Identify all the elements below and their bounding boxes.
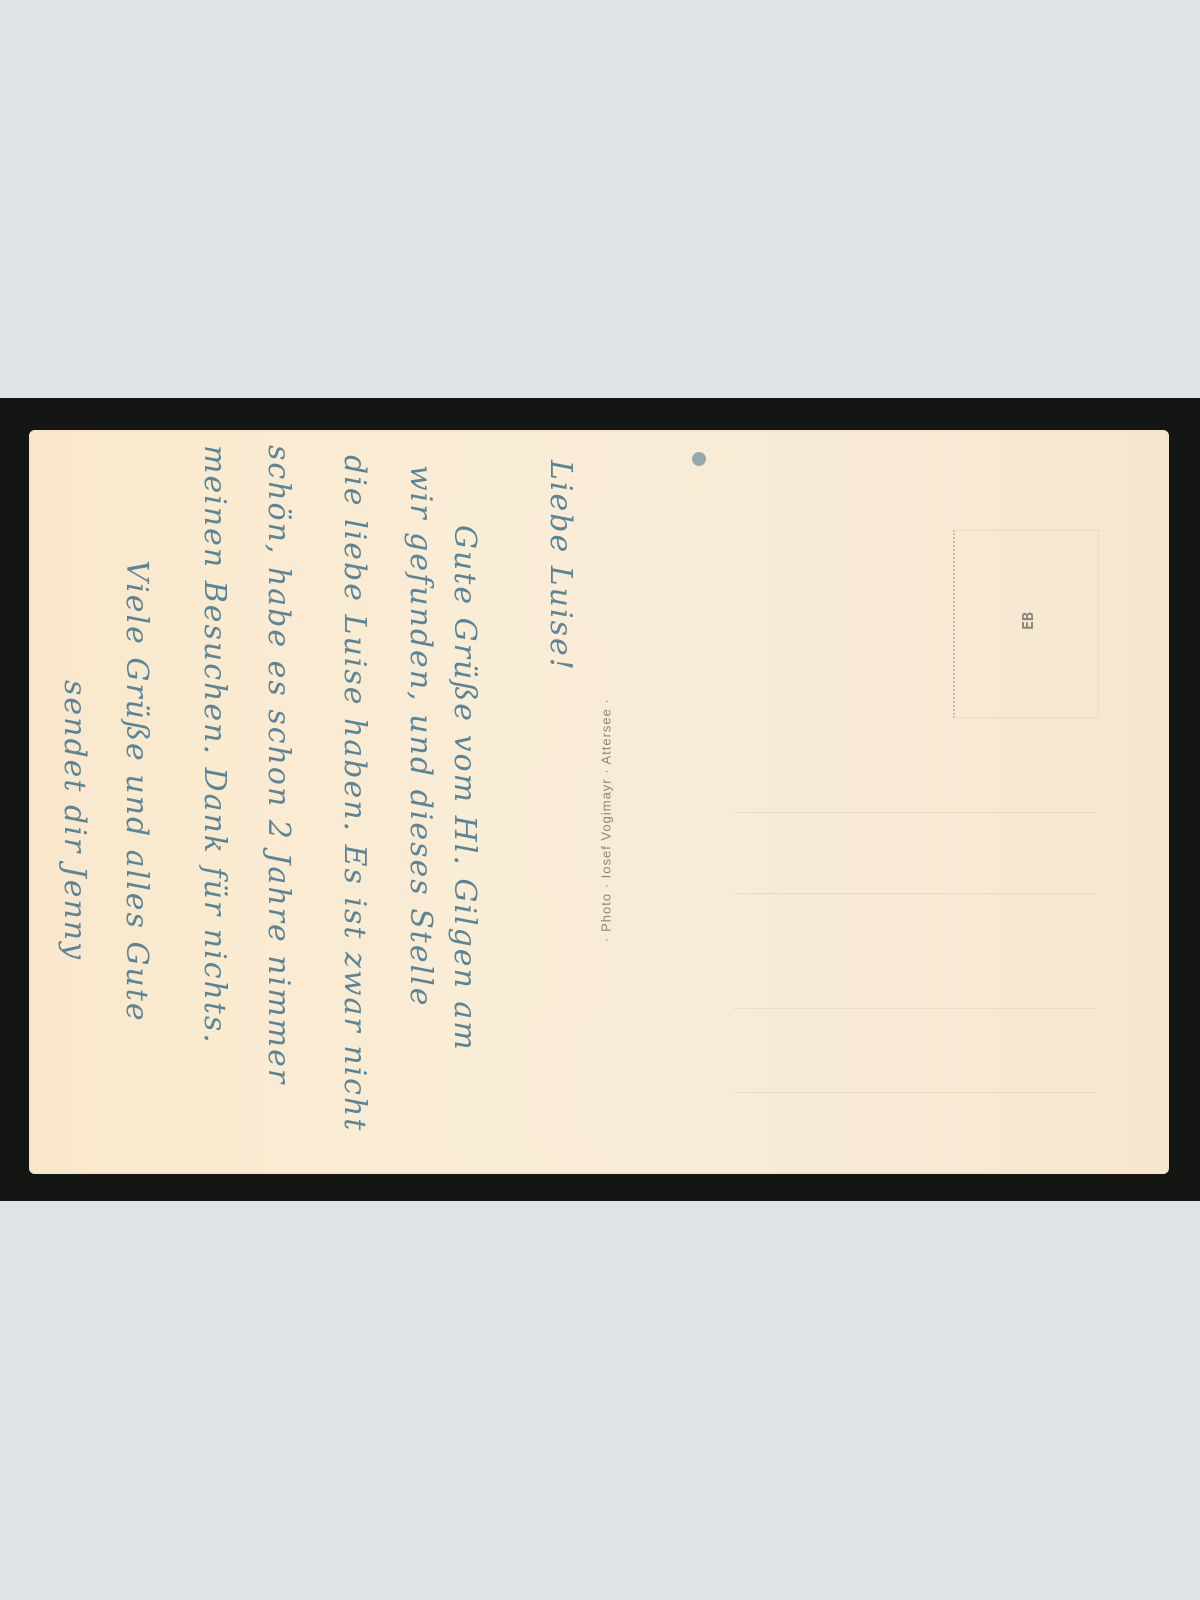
closing-line: Viele Grüße und alles Gute [119, 560, 154, 1023]
address-line [735, 1092, 1095, 1093]
photo-credit-text: · Photo · Iosef Vogimayr · Attersee · [599, 698, 614, 942]
address-line [735, 1008, 1095, 1009]
photo-credit: · Photo · Iosef Vogimayr · Attersee · [596, 650, 616, 990]
publisher-logo-icon: EB [1019, 612, 1037, 630]
address-line [735, 812, 1095, 813]
message-line: meinen Besuchen. Dank für nichts. [197, 445, 232, 1045]
greeting-line: Liebe Luise! [543, 460, 578, 672]
message-line: wir gefunden, und dieses Stelle [403, 465, 438, 1008]
message-line: die liebe Luise haben. Es ist zwar nicht [337, 455, 372, 1132]
message-line: Gute Grüße vom Hl. Gilgen am [447, 525, 482, 1052]
ink-smudge [692, 452, 706, 466]
address-line [735, 893, 1095, 894]
signature-line: sendet dir Jenny [57, 680, 92, 961]
message-line: schön, habe es schon 2 Jahre nimmer [261, 445, 296, 1085]
